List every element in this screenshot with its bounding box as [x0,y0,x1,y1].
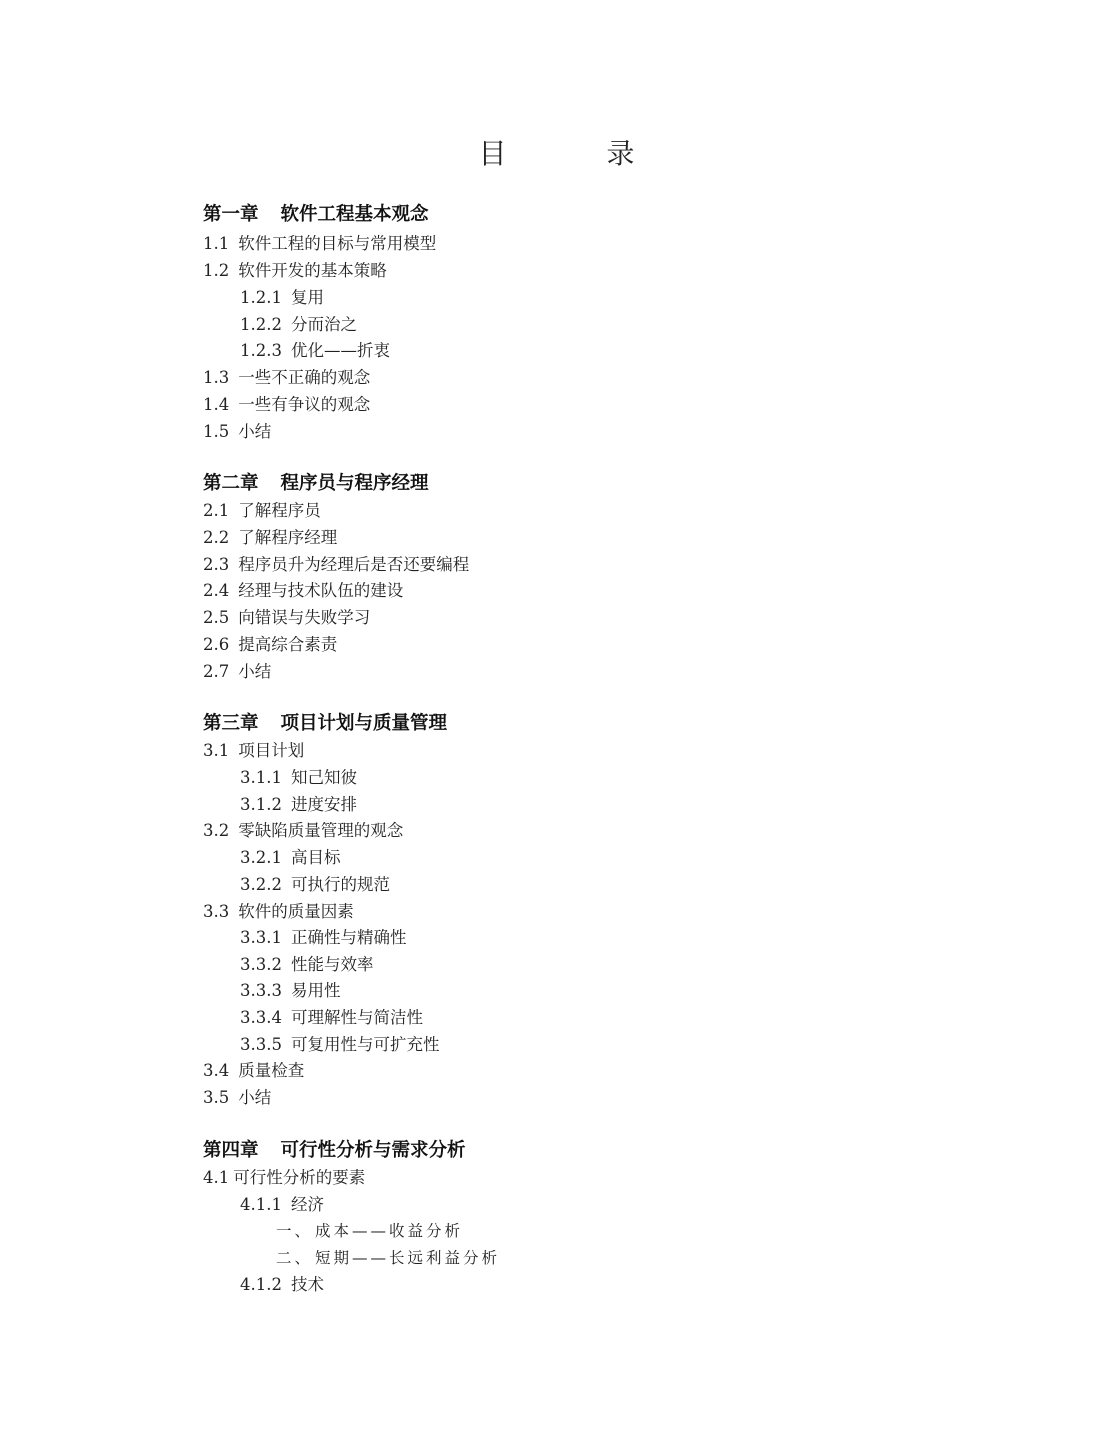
toc-entry-number: 第三章 [203,713,259,734]
toc-entry-text: 技术 [291,1275,324,1294]
toc-subsection[interactable]: 3.1.2进度安排 [240,794,357,816]
toc-entry-text: 正确性与精确性 [291,928,407,947]
toc-entry-text: 易用性 [291,981,341,1000]
toc-section[interactable]: 2.4经理与技术队伍的建设 [203,580,403,602]
toc-section[interactable]: 2.3程序员升为经理后是否还要编程 [203,554,469,576]
toc-entry-text: 经济 [291,1195,324,1214]
toc-chapter-heading[interactable]: 第一章软件工程基本观念 [203,204,429,226]
toc-entry-number: 4.1 [203,1167,229,1189]
toc-entry-text: 可行性分析与需求分析 [281,1140,466,1161]
toc-entry-text: 项目计划与质量管理 [281,713,448,734]
toc-entry-text: 高目标 [291,848,341,867]
toc-entry-text: 向错误与失败学习 [238,608,370,627]
toc-subsection[interactable]: 1.2.1复用 [240,287,324,309]
toc-entry-text: 提高综合素责 [238,635,337,654]
toc-section[interactable]: 2.7小结 [203,661,271,683]
toc-entry-text: 项目计划 [238,741,304,760]
toc-entry-text: 软件工程的目标与常用模型 [238,234,436,253]
toc-section[interactable]: 3.2零缺陷质量管理的观念 [203,820,403,842]
toc-entry-number: 1.3 [203,367,229,389]
toc-section[interactable]: 3.4质量检查 [203,1060,304,1082]
toc-subsubsection[interactable]: 二、短期——长远利益分析 [276,1247,500,1269]
title-char-2: 录 [607,132,635,172]
toc-entry-number: 2.7 [203,661,229,683]
toc-entry-number: 3.2.2 [240,874,282,896]
toc-entry-number: 2.3 [203,554,229,576]
toc-entry-text: 可执行的规范 [291,875,390,894]
toc-entry-number: 3.2.1 [240,847,282,869]
toc-entry-text: 性能与效率 [291,955,374,974]
toc-subsection[interactable]: 3.3.5可复用性与可扩充性 [240,1034,439,1056]
toc-entry-text: 可行性分析的要素 [233,1168,365,1187]
toc-entry-number: 1.2.1 [240,287,282,309]
toc-entry-number: 3.3.4 [240,1007,282,1029]
toc-entry-number: 3.3 [203,901,229,923]
toc-entry-text: 一些有争议的观念 [238,395,370,414]
toc-section[interactable]: 4.1可行性分析的要素 [203,1167,365,1189]
toc-subsection[interactable]: 3.3.1正确性与精确性 [240,927,406,949]
toc-chapter-heading[interactable]: 第三章项目计划与质量管理 [203,713,447,735]
toc-section[interactable]: 3.3软件的质量因素 [203,901,354,923]
toc-entry-number: 3.1 [203,740,229,762]
toc-entry-text: 零缺陷质量管理的观念 [238,821,403,840]
toc-section[interactable]: 1.1软件工程的目标与常用模型 [203,233,436,255]
toc-subsection[interactable]: 1.2.2分而治之 [240,314,357,336]
toc-section[interactable]: 1.2软件开发的基本策略 [203,260,387,282]
toc-subsection[interactable]: 3.3.4可理解性与简洁性 [240,1007,423,1029]
toc-entry-text: 可复用性与可扩充性 [291,1035,440,1054]
toc-section[interactable]: 2.1了解程序员 [203,500,321,522]
toc-entry-text: 质量检查 [238,1061,304,1080]
toc-entry-number: 3.1.1 [240,767,282,789]
toc-entry-text: 软件工程基本观念 [281,204,429,225]
toc-entry-number: 2.5 [203,607,229,629]
toc-entry-number: 一、 [276,1220,313,1242]
toc-entry-text: 成本——收益分析 [315,1222,463,1240]
toc-entry-number: 2.4 [203,580,229,602]
toc-entry-number: 4.1.1 [240,1194,282,1216]
toc-entry-text: 软件开发的基本策略 [238,261,387,280]
toc-entry-number: 3.3.3 [240,980,282,1002]
toc-entry-number: 1.2.3 [240,340,282,362]
toc-entry-number: 2.1 [203,500,229,522]
toc-subsection[interactable]: 1.2.3优化——折衷 [240,340,390,362]
toc-entry-text: 程序员与程序经理 [281,473,429,494]
toc-section[interactable]: 1.5小结 [203,421,271,443]
toc-entry-text: 复用 [291,288,324,307]
toc-entry-number: 2.2 [203,527,229,549]
toc-entry-number: 3.3.2 [240,954,282,976]
toc-subsection[interactable]: 3.1.1知己知彼 [240,767,357,789]
toc-entry-number: 3.4 [203,1060,229,1082]
toc-section[interactable]: 3.1项目计划 [203,740,304,762]
toc-entry-text: 了解程序经理 [238,528,337,547]
page-title: 目录 [0,132,1113,172]
toc-entry-number: 2.6 [203,634,229,656]
toc-subsection[interactable]: 3.2.2可执行的规范 [240,874,390,896]
toc-subsection[interactable]: 3.3.3易用性 [240,980,340,1002]
title-char-1: 目 [478,132,506,172]
toc-entry-text: 知己知彼 [291,768,357,787]
toc-entry-number: 1.2.2 [240,314,282,336]
toc-entry-text: 程序员升为经理后是否还要编程 [238,555,469,574]
toc-entry-text: 可理解性与简洁性 [291,1008,423,1027]
toc-entry-number: 3.3.1 [240,927,282,949]
toc-section[interactable]: 2.6提高综合素责 [203,634,337,656]
toc-section[interactable]: 3.5小结 [203,1087,271,1109]
toc-subsection[interactable]: 4.1.2技术 [240,1274,324,1296]
toc-entry-number: 1.2 [203,260,229,282]
toc-entry-number: 3.1.2 [240,794,282,816]
toc-entry-text: 分而治之 [291,315,357,334]
toc-subsubsection[interactable]: 一、成本——收益分析 [276,1220,463,1242]
toc-entry-number: 3.2 [203,820,229,842]
toc-entry-number: 第二章 [203,473,259,494]
toc-entry-text: 进度安排 [291,795,357,814]
toc-subsection[interactable]: 3.3.2性能与效率 [240,954,373,976]
toc-section[interactable]: 1.3一些不正确的观念 [203,367,370,389]
toc-subsection[interactable]: 4.1.1经济 [240,1194,324,1216]
toc-entry-text: 一些不正确的观念 [238,368,370,387]
toc-section[interactable]: 2.5向错误与失败学习 [203,607,370,629]
toc-section[interactable]: 2.2了解程序经理 [203,527,337,549]
toc-section[interactable]: 1.4一些有争议的观念 [203,394,370,416]
toc-entry-text: 经理与技术队伍的建设 [238,581,403,600]
toc-entry-number: 第四章 [203,1140,259,1161]
toc-entry-number: 4.1.2 [240,1274,282,1296]
toc-entry-text: 软件的质量因素 [238,902,354,921]
toc-entry-text: 小结 [238,422,271,441]
toc-entry-text: 小结 [238,662,271,681]
toc-chapter-heading[interactable]: 第二章程序员与程序经理 [203,473,429,495]
toc-entry-number: 3.5 [203,1087,229,1109]
toc-entry-text: 短期——长远利益分析 [315,1249,500,1267]
toc-entry-number: 二、 [276,1247,313,1269]
toc-entry-number: 第一章 [203,204,259,225]
toc-entry-text: 优化——折衷 [291,341,390,360]
toc-entry-number: 3.3.5 [240,1034,282,1056]
toc-chapter-heading[interactable]: 第四章可行性分析与需求分析 [203,1140,466,1162]
toc-subsection[interactable]: 3.2.1高目标 [240,847,340,869]
toc-entry-number: 1.1 [203,233,229,255]
toc-entry-number: 1.5 [203,421,229,443]
toc-entry-number: 1.4 [203,394,229,416]
toc-entry-text: 小结 [238,1088,271,1107]
toc-entry-text: 了解程序员 [238,501,321,520]
